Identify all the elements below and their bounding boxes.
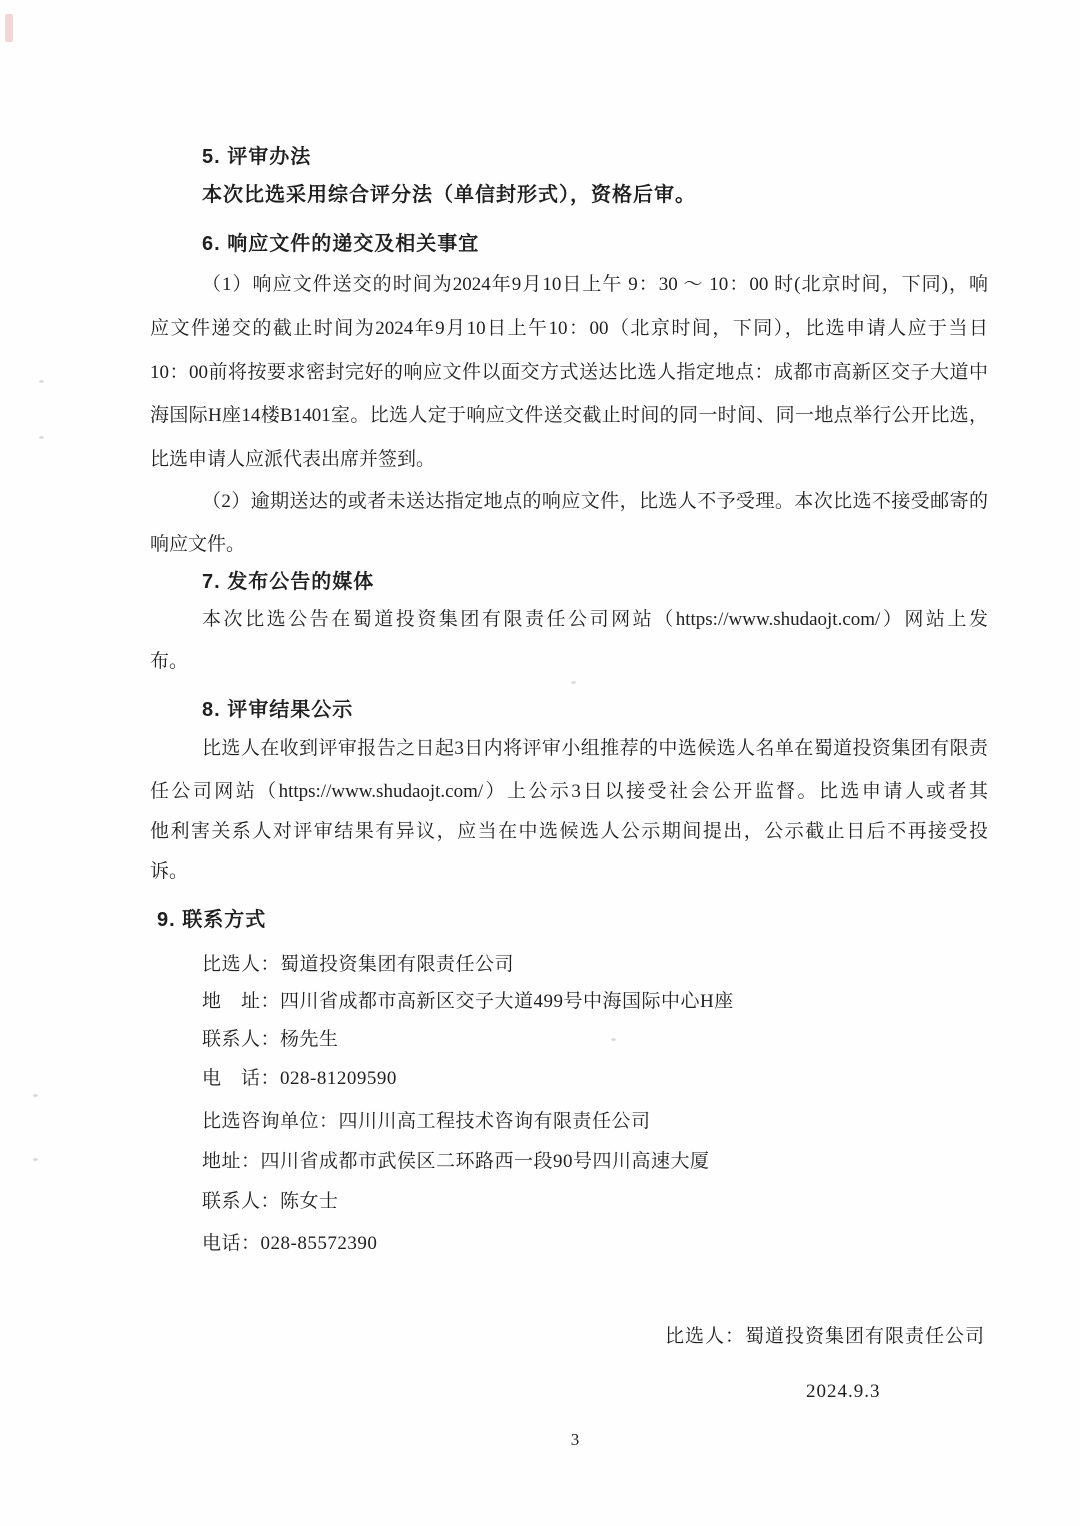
paragraph-line: （2）逾期送达的或者未送达指定地点的响应文件，比选人不予受理。本次比选不接受邮寄… [150, 488, 988, 518]
scan-speck [611, 1038, 616, 1041]
paragraph-line: 10：00前将按要求密封完好的响应文件以面交方式送达比选人指定地点：成都市高新区… [150, 359, 988, 389]
paragraph-line: （1）响应文件送交的时间为2024年9月10日上午 9：30 ～ 10：00 时… [150, 271, 988, 301]
section-8-heading: 8. 评审结果公示 [202, 696, 353, 726]
page-number: 3 [563, 1426, 587, 1456]
section-9-heading: 9. 联系方式 [157, 906, 266, 936]
contact-consultant-person: 联系人：陈女士 [202, 1188, 339, 1218]
section-7-heading: 7. 发布公告的媒体 [202, 568, 374, 598]
paragraph-line: 海国际H座14楼B1401室。比选人定于响应文件送交截止时间的同一时间、同一地点… [150, 402, 988, 432]
paragraph-line: 任公司网站（https://www.shudaojt.com/）上公示3日以接受… [150, 778, 988, 808]
contact-consultant-name: 比选咨询单位：四川川高工程技术咨询有限责任公司 [202, 1108, 651, 1138]
paragraph-line: 本次比选公告在蜀道投资集团有限责任公司网站（https://www.shudao… [150, 606, 988, 636]
scan-speck [571, 681, 576, 684]
paragraph-line: 诉。 [150, 858, 188, 888]
scan-speck [39, 436, 44, 439]
scan-speck [33, 1094, 38, 1097]
paragraph-line: 响应文件。 [150, 531, 245, 561]
paragraph-line: 比选申请人应派代表出席并签到。 [150, 446, 435, 476]
contact-selector-name: 比选人：蜀道投资集团有限责任公司 [202, 951, 514, 981]
contact-consultant-phone: 电话：028-85572390 [202, 1230, 377, 1260]
section-5-heading: 5. 评审办法 [202, 143, 311, 173]
scan-speck [33, 1158, 38, 1161]
document-page: 5. 评审办法 本次比选采用综合评分法（单信封形式），资格后审。 6. 响应文件… [0, 0, 1080, 1526]
scan-mark-red [5, 14, 13, 42]
contact-selector-address: 地 址：四川省成都市高新区交子大道499号中海国际中心H座 [202, 988, 734, 1018]
contact-selector-person: 联系人：杨先生 [202, 1026, 339, 1056]
contact-consultant-address: 地址：四川省成都市武侯区二环路西一段90号四川高速大厦 [202, 1148, 710, 1178]
paragraph-line: 布。 [150, 648, 188, 678]
paragraph-line: 应文件递交的截止时间为2024年9月10日上午10：00（北京时间，下同），比选… [150, 315, 988, 345]
paragraph-line: 他利害关系人对评审结果有异议，应当在中选候选人公示期间提出，公示截止日后不再接受… [150, 818, 988, 848]
paragraph-line: 比选人在收到评审报告之日起3日内将评审小组推荐的中选候选人名单在蜀道投资集团有限… [150, 735, 988, 765]
signature-party: 比选人：蜀道投资集团有限责任公司 [665, 1323, 985, 1353]
signature-date: 2024.9.3 [806, 1378, 881, 1408]
section-5-body: 本次比选采用综合评分法（单信封形式），资格后审。 [202, 181, 696, 211]
section-6-heading: 6. 响应文件的递交及相关事宜 [202, 230, 479, 260]
contact-selector-phone: 电 话：028-81209590 [202, 1065, 397, 1095]
scan-speck [39, 380, 44, 383]
